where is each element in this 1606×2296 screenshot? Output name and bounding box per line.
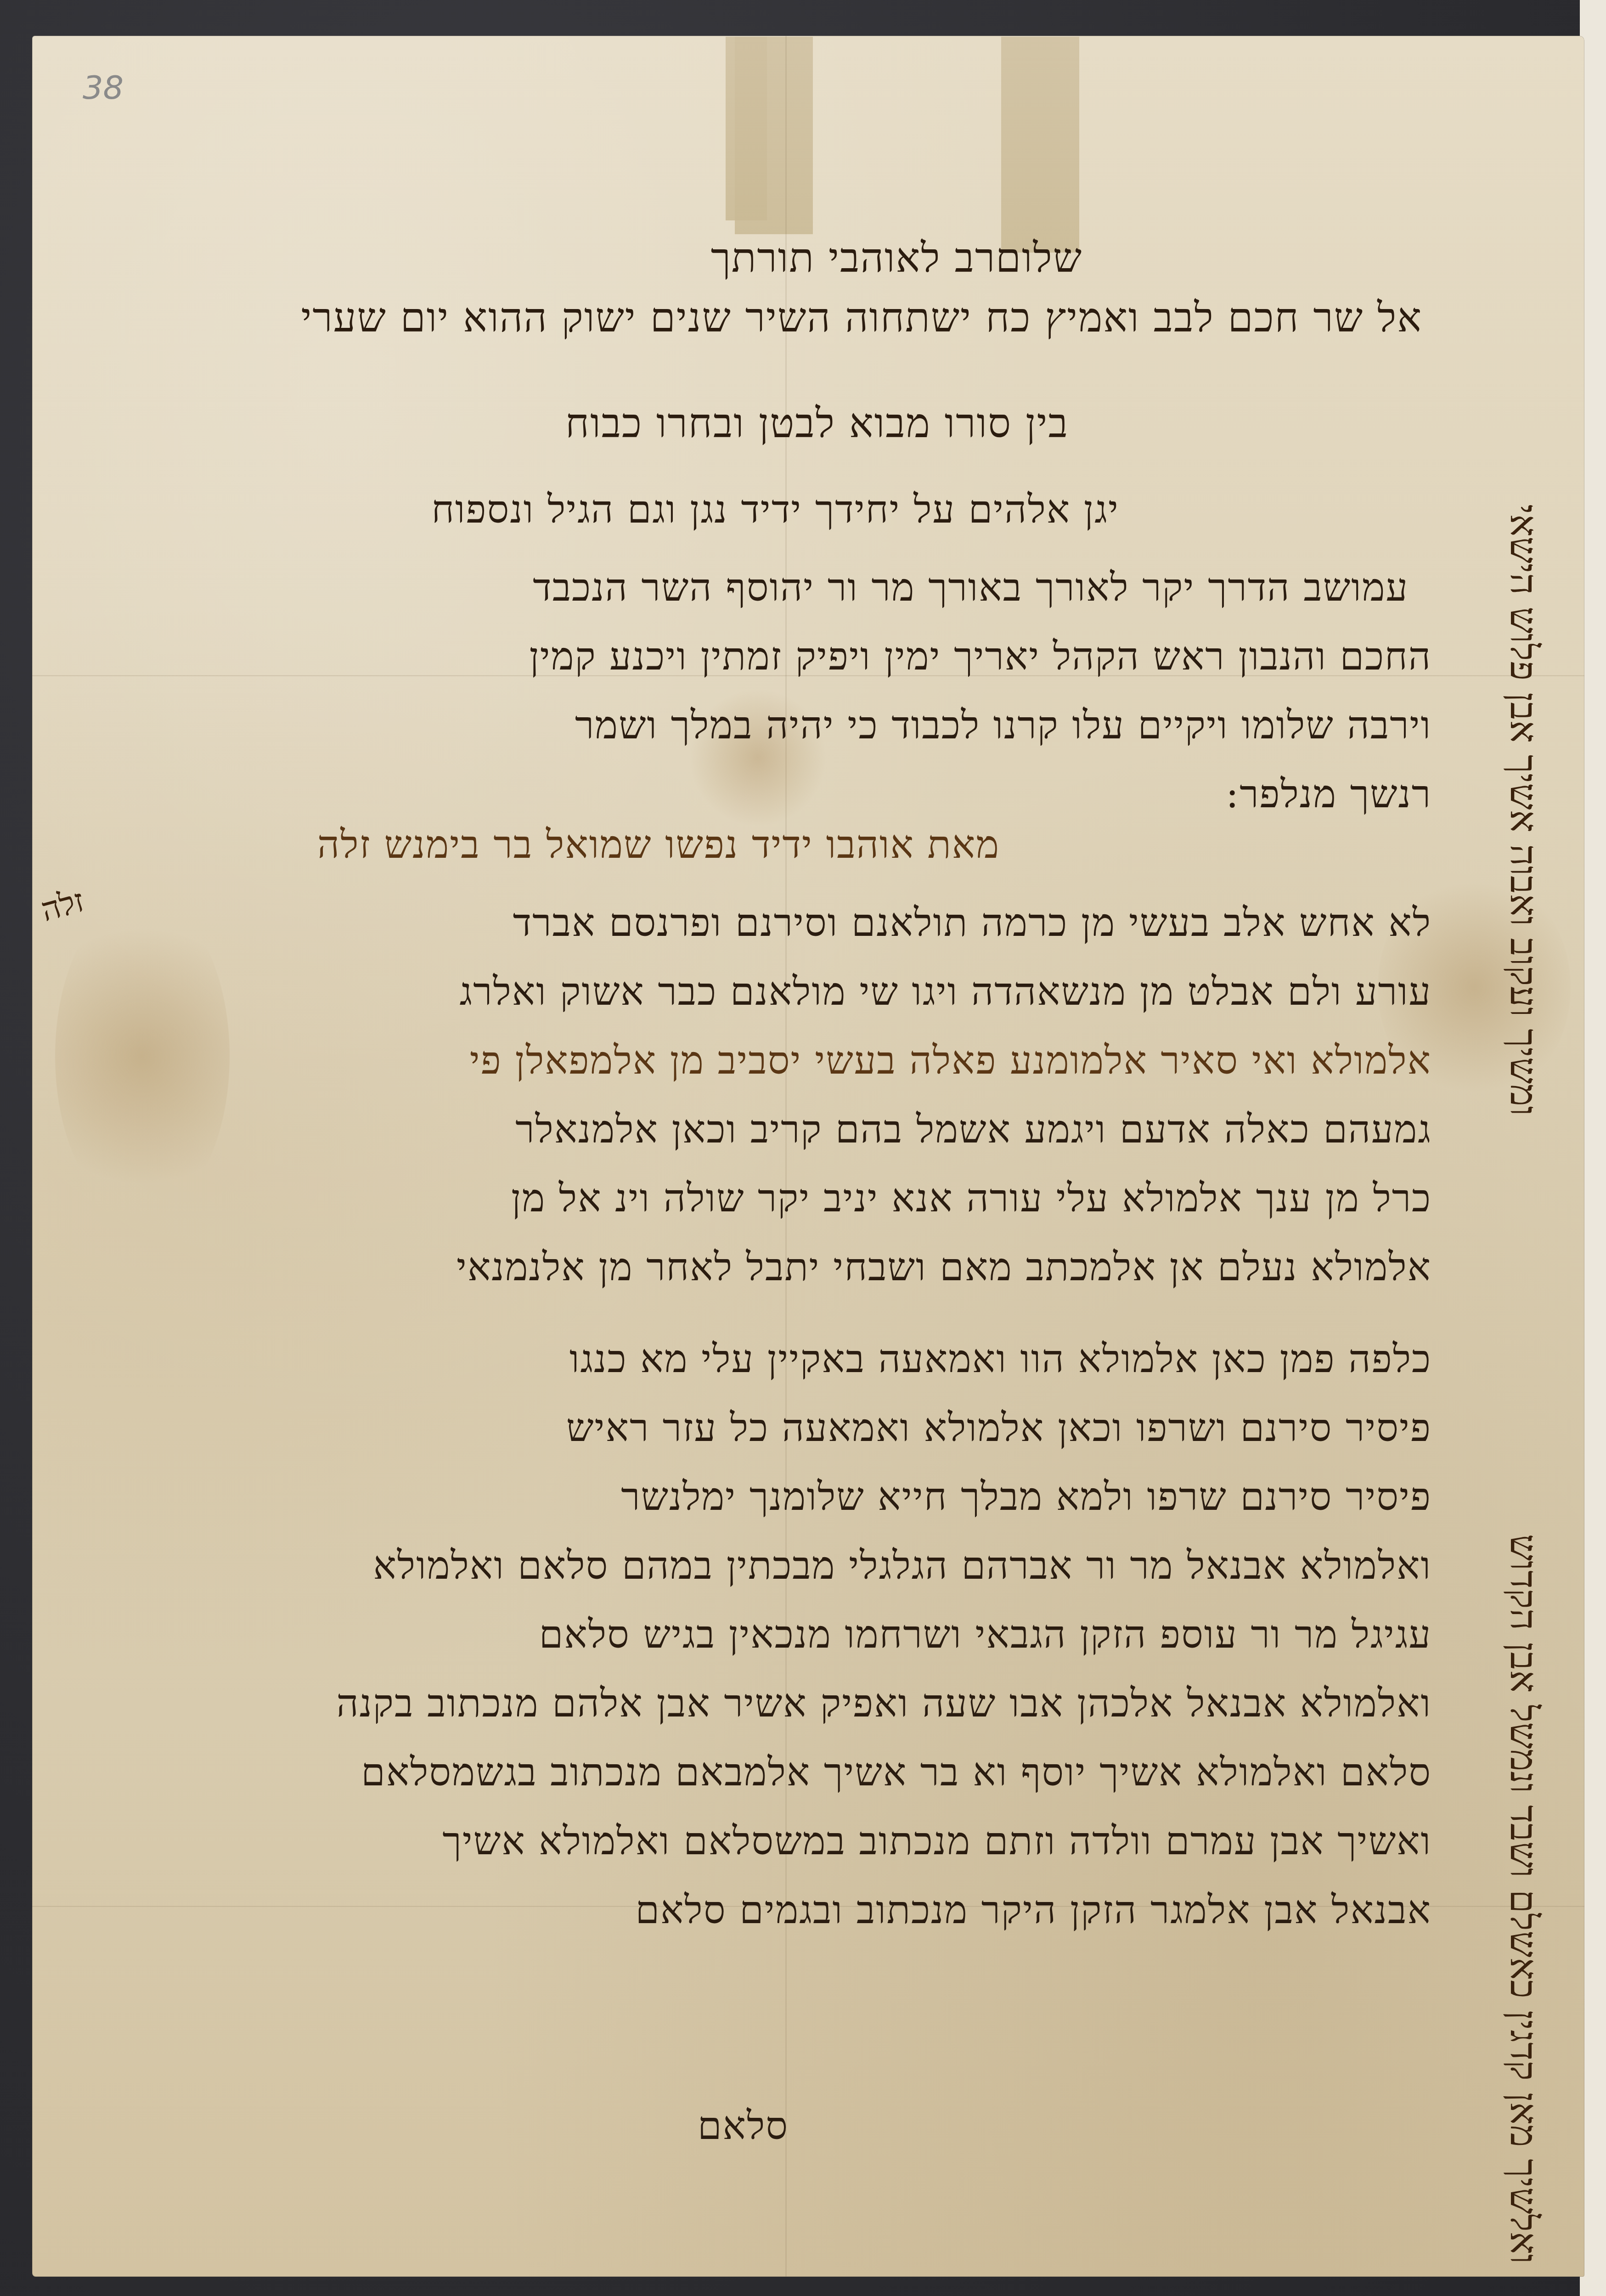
body-line: אלמולא ואי סאיר אלמומנע פאלה בעשי יסביב … [470,1038,1431,1083]
body-line: סלאם [698,2103,789,2149]
body-line: יגן אלהים על יחידך ידיד נגן וגם הגיל ונס… [431,487,1119,532]
body-line: כרל מן ענך אלמולא עלי עורה אנא יניב יקר … [511,1176,1431,1221]
water-stain [55,895,230,1217]
margin-text-vertical: ומשיך ועקוב ואבוה אשיך אבן פלוש הישאי [1495,519,1545,1116]
manuscript-leaf [32,36,1584,2277]
body-line: כלפה פמן כאן אלמולא הוו ואמאעה באקיין על… [569,1336,1431,1382]
folio-number: 38 [83,69,124,107]
heading-line-3: בין סורו מבוא לבטן ובחרו כבוח [565,400,1069,447]
body-line: עמושב הדרך יקר לאורך באורך מר ור יהוסף ה… [533,565,1409,610]
body-line: עורע ולם אבלט מן מנשאהדה ויגו שי מולאנם … [460,969,1431,1014]
body-line: ואלמולא אבנאל אלכהן אבו שעה ואפיק אשיר א… [336,1681,1431,1726]
body-line: החכם והנבון ראש הקהל יאריך ימין ויפיק זמ… [529,634,1431,679]
body-line: ואלמולא אבנאל מר ור אברהם הגלגלי מבכתין … [373,1543,1431,1588]
body-line: אבנאל אבן אלמגר הזקן היקר מנכתוב ובגמים … [636,1887,1431,1933]
body-line: סלאם ואלמולא אשיך יוסף וא בר אשיך אלמבאם… [361,1750,1431,1795]
margin-text-vertical: ואלשיך מאן קדגין כאשלם ושבד ונמשל אבן הק… [1495,1116,1545,2264]
body-line: גמעהם כאלה אדעם ויגמע אשמל בהם קריב וכאן… [515,1107,1431,1152]
body-line: אלמולא נעלם אן אלמכתב מאם ושבחי יתבל לאח… [456,1244,1431,1290]
heading-line-1: שלוםרב לאוהבי תורתך [711,234,1082,282]
heading-line-2: אל שר חכם לבב ואמיץ כח ישתחוה השיר שנים … [301,294,1422,342]
body-line: פיסיר סירנם שרפו ולמא מבלך חייא שלומנך י… [621,1474,1431,1519]
fold-line [785,36,787,2277]
body-line: לא אחש אלב בעשי מן כרמה תולאנם וסירנם ופ… [513,900,1431,945]
body-line: עגיגל מר ור עוספ הזקן הגבאי ושרחמו מנכאי… [539,1612,1431,1657]
body-line: רנשך מנלפר: [1226,771,1431,817]
paper-repair-strip [735,37,813,234]
body-line: ואשיך אבן עמרם וולדה וזתם מנכתוב במשסלאם… [443,1818,1432,1864]
body-line: פיסיר סירנם ושרפו וכאן אלמולא ואמאעה כל … [566,1405,1431,1451]
body-line: מאת אוהבו ידיד נפשו שמואל בר בימנש זלה [317,822,1000,867]
paper-repair-strip [1001,37,1079,253]
body-line: וירבה שלומו ויקיים עלו קרנו לכבוד כי יהי… [575,703,1431,748]
